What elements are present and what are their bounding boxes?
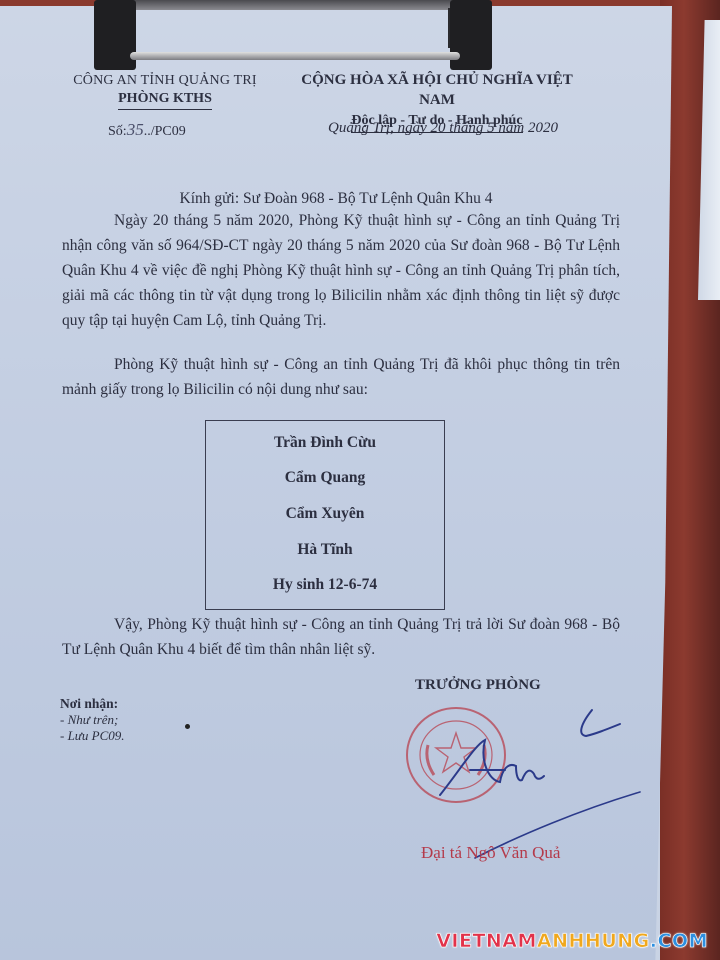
issuer-header: CÔNG AN TỈNH QUẢNG TRỊ PHÒNG KTHS [60,72,270,110]
district: Cẩm Xuyên [206,505,444,523]
recipients-list: Nơi nhận: - Như trên; - Lưu PC09. [60,696,125,744]
paragraph-text: Vậy, Phòng Kỹ thuật hình sự - Công an tỉ… [62,612,620,662]
site-watermark: VIETNAMANHHUNG.COM [436,930,708,952]
national-title: CỘNG HÒA XÃ HỘI CHỦ NGHĨA VIỆT NAM [282,70,592,110]
ink-spot [185,724,190,729]
paragraph-conclusion: Vậy, Phòng Kỹ thuật hình sự - Công an tỉ… [62,612,620,662]
document-date: Quảng Trị, ngày 20 tháng 5 năm 2020 [328,120,558,137]
document-number: Số:35../PC09 [108,120,186,140]
watermark-part: ANHHUNG [537,930,650,952]
martyr-name: Trần Đình Cừu [206,434,444,452]
signer-title: TRƯỞNG PHÒNG [415,677,541,694]
paragraph-text: Phòng Kỹ thuật hình sự - Công an tỉnh Qu… [62,352,620,402]
issuer-dept: PHÒNG KTHS [118,90,212,110]
salutation: Kính gửi: Sư Đoàn 968 - Bộ Tư Lệnh Quân … [0,190,672,208]
watermark-part: .COM [650,930,708,952]
commune: Cẩm Quang [206,469,444,487]
paragraph-text: Ngày 20 tháng 5 năm 2020, Phòng Kỹ thuật… [62,208,620,333]
recovered-info-box: Trần Đình Cừu Cẩm Quang Cẩm Xuyên Hà Tĩn… [205,420,445,610]
recipients-title: Nơi nhận: [60,696,125,712]
paragraph-recovery: Phòng Kỹ thuật hình sự - Công an tỉnh Qu… [62,352,620,402]
province: Hà Tĩnh [206,541,444,559]
date-of-death: Hy sinh 12-6-74 [206,576,444,594]
issuer-org: CÔNG AN TỈNH QUẢNG TRỊ [60,72,270,90]
signer-name: Đại tá Ngô Văn Quả [421,843,560,863]
number-suffix: ../PC09 [144,124,186,139]
recipient-item: - Lưu PC09. [60,728,125,744]
paragraph-request: Ngày 20 tháng 5 năm 2020, Phòng Kỹ thuật… [62,208,620,333]
photo-scene: CÔNG AN TỈNH QUẢNG TRỊ PHÒNG KTHS CỘNG H… [0,0,720,960]
watermark-part: VIETNAM [436,930,537,952]
number-prefix: Số: [108,124,127,139]
recipient-item: - Như trên; [60,712,125,728]
number-handwritten: 35 [127,120,144,139]
official-letter: CÔNG AN TỈNH QUẢNG TRỊ PHÒNG KTHS CỘNG H… [0,0,672,960]
